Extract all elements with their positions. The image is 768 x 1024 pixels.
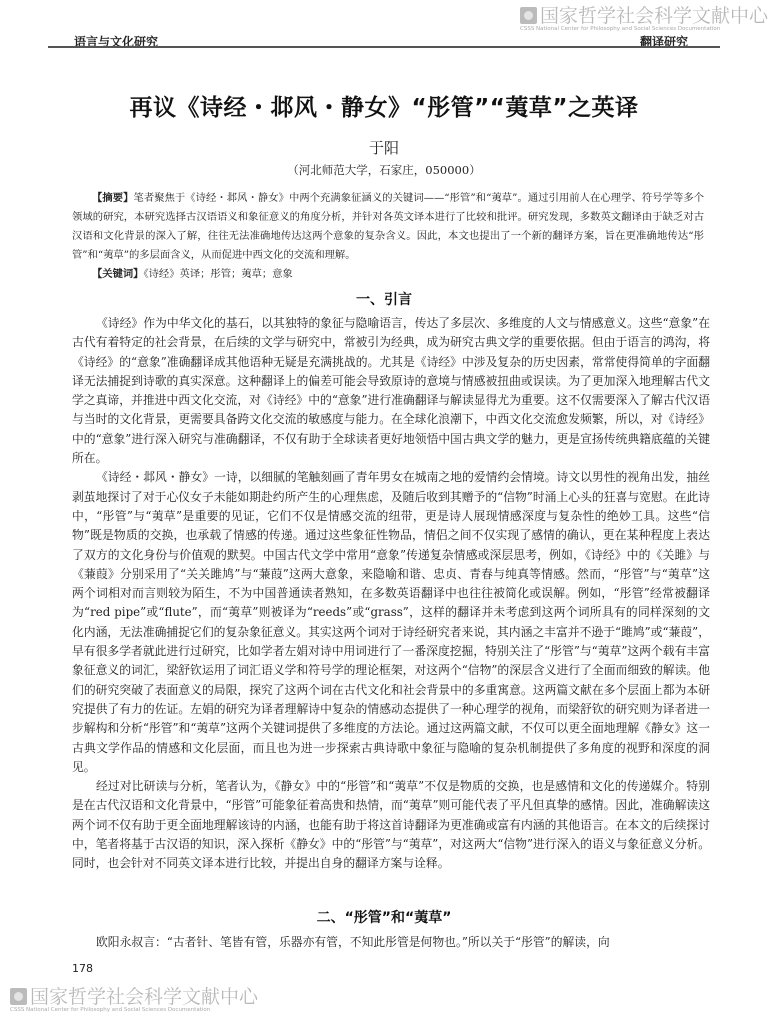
body-paragraph: 《诗经》作为中华文化的基石，以其独特的象征与隐喻语言，传达了多层次、多维度的人文…: [72, 314, 710, 468]
section-heading-intro: 一、引言: [0, 289, 768, 309]
watermark-bottom: 国家哲学社会科学文献中心 CSSS National Center for Ph…: [10, 987, 258, 1014]
author-affiliation: （河北师范大学，石家庄，050000）: [0, 162, 768, 178]
section-body-intro: 《诗经》作为中华文化的基石，以其独特的象征与隐喻语言，传达了多层次、多维度的人文…: [72, 314, 710, 874]
section-heading-tongguan-tizao: 二、“彤管”和“荑草”: [0, 907, 768, 927]
body-paragraph: 欧阳永叔言：“古者针、笔皆有管，乐器亦有管，不知此彤管是何物也。”所以关于“彤管…: [72, 933, 710, 952]
keywords-label: 【关键词】: [92, 268, 143, 280]
watermark-cn-text: 国家哲学社会科学文献中心: [540, 5, 768, 27]
body-paragraph: 经过对比研读与分析，笔者认为，《静女》中的“彤管”和“荑草”不仅是物质的交换，也…: [72, 777, 710, 873]
watermark-en-text: CSSS National Center for Philosophy and …: [10, 1007, 258, 1014]
keywords-paragraph: 【关键词】《诗经》英译；彤管；荑草；意象: [72, 265, 704, 284]
abstract-paragraph: 【摘要】笔者聚焦于《诗经・邶风・静女》中两个充满象征涵义的关键词——“彤管”和“…: [72, 189, 704, 265]
watermark-top: 国家哲学社会科学文献中心 CSSS National Center for Ph…: [520, 6, 768, 33]
abstract-block: 【摘要】笔者聚焦于《诗经・邶风・静女》中两个充满象征涵义的关键词——“彤管”和“…: [72, 189, 704, 284]
header-rule: [48, 46, 720, 48]
body-paragraph: 《诗经・邶风・静女》一诗，以细腻的笔触刻画了青年男女在城南之地的爱情约会情境。诗…: [72, 468, 710, 777]
ncpssd-logo-icon: [520, 7, 537, 24]
page-number: 178: [72, 962, 93, 975]
ncpssd-logo-icon: [10, 988, 27, 1005]
abstract-label: 【摘要】: [92, 192, 133, 204]
keywords-text: 《诗经》英译；彤管；荑草；意象: [143, 268, 292, 280]
author-name: 于阳: [0, 137, 768, 158]
watermark-en-text: CSSS National Center for Philosophy and …: [520, 26, 768, 33]
article-title: 再议《诗经・邶风・静女》“彤管”“荑草”之英译: [0, 89, 768, 122]
section-body-tongguan-tizao: 欧阳永叔言：“古者针、笔皆有管，乐器亦有管，不知此彤管是何物也。”所以关于“彤管…: [72, 933, 710, 952]
watermark-cn-text: 国家哲学社会科学文献中心: [30, 986, 258, 1008]
abstract-text: 笔者聚焦于《诗经・邶风・静女》中两个充满象征涵义的关键词——“彤管”和“荑草”。…: [72, 192, 704, 261]
